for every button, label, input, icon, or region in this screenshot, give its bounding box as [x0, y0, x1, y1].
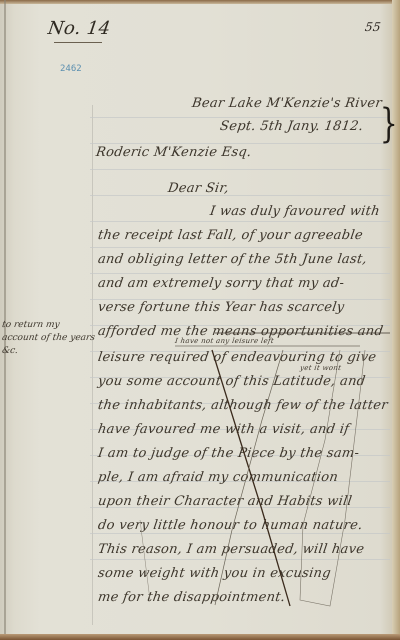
- cancellation-marks: [0, 0, 400, 640]
- document-page: No. 14 55 2462 Bear Lake M'Kenzie's Rive…: [0, 0, 400, 640]
